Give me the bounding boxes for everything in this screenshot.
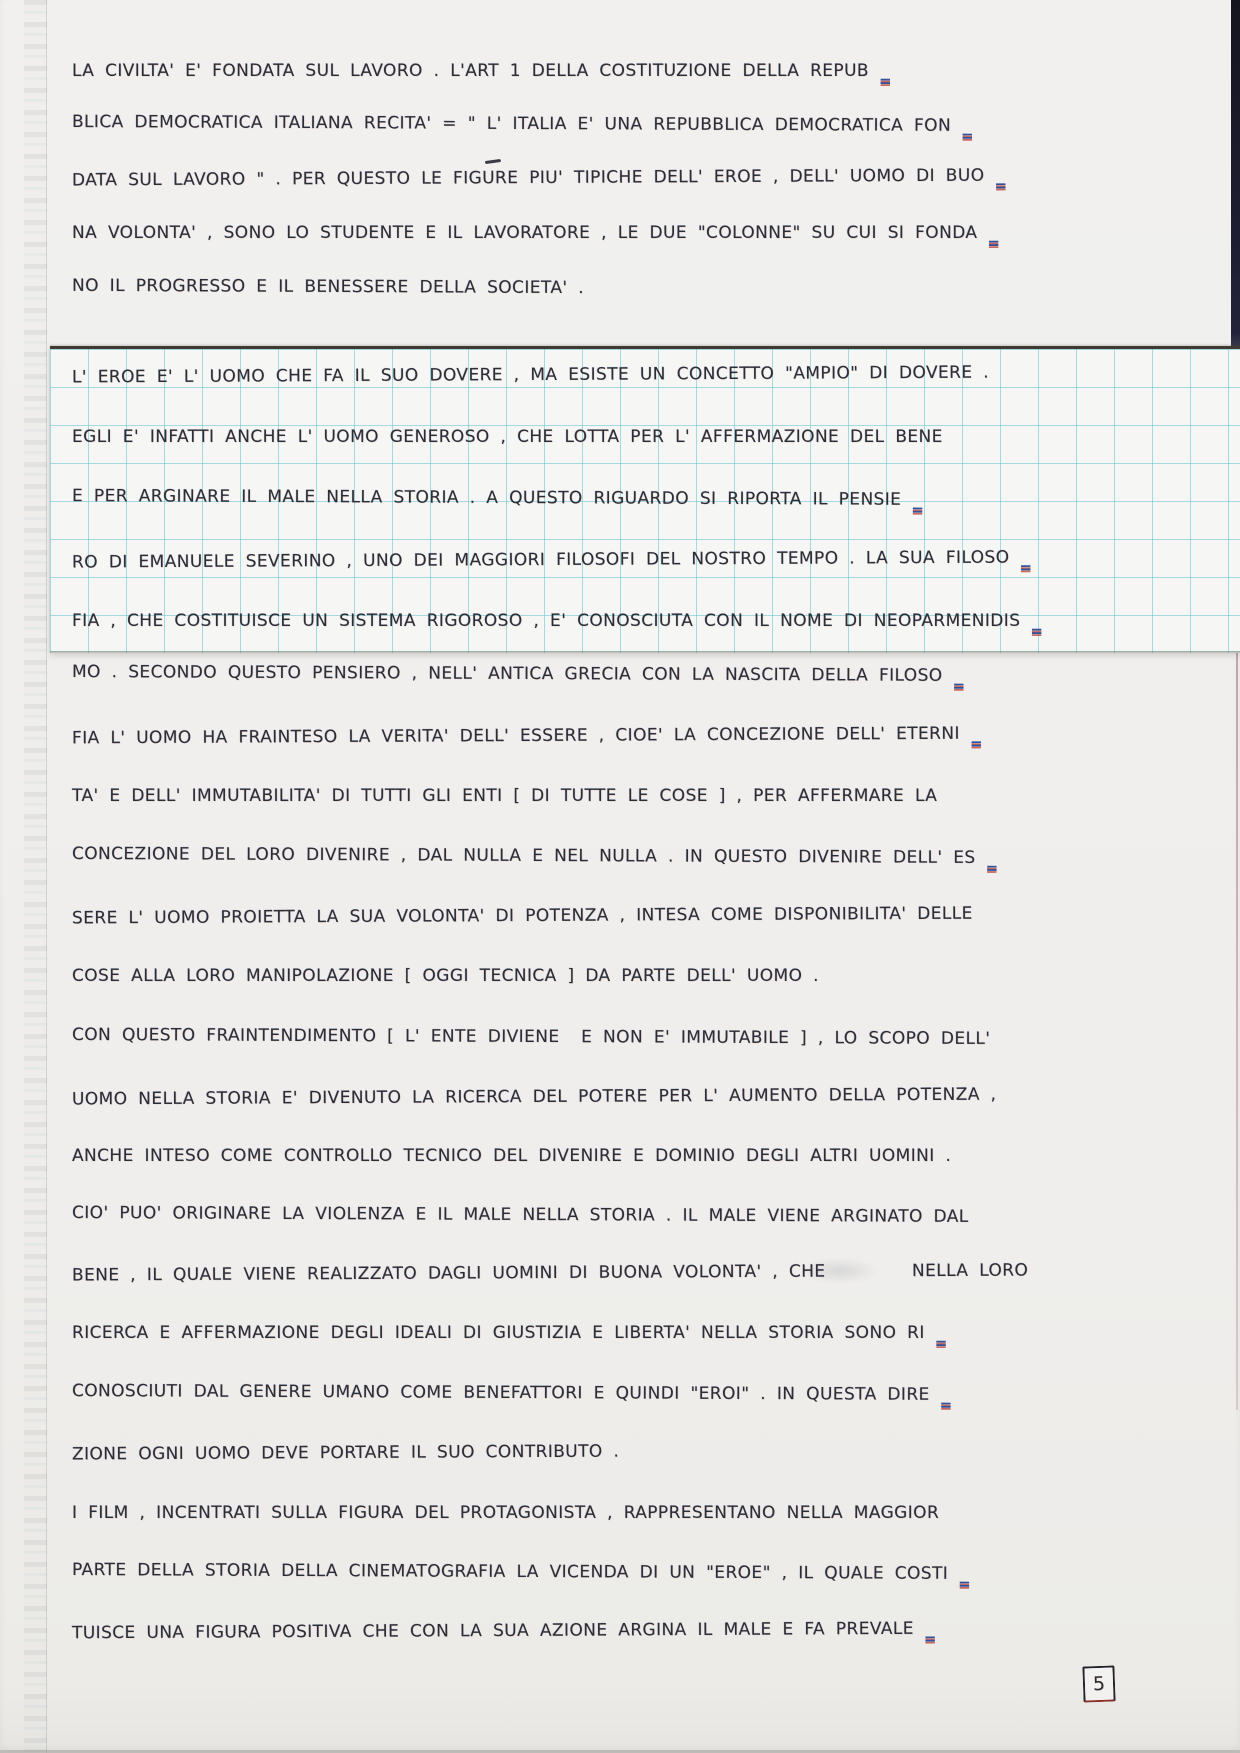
hyphen-continuation-mark: =: [961, 125, 974, 147]
hyphen-continuation-mark: =: [958, 1573, 971, 1595]
hyphen-continuation-mark: =: [952, 675, 965, 697]
hyphen-continuation-mark: =: [1019, 556, 1032, 578]
handwritten-line: CONCEZIONE DEL LORO DIVENIRE , DAL NULLA…: [72, 843, 998, 869]
handwritten-line: BENE , IL QUALE VIENE REALIZZATO DAGLI U…: [72, 1259, 1038, 1286]
hyphen-continuation-mark: =: [970, 733, 983, 755]
line-text: SERE L' UOMO PROIETTA LA SUA VOLONTA' DI…: [72, 904, 973, 929]
line-text: LA CIVILTA' E' FONDATA SUL LAVORO . L'AR…: [72, 61, 869, 81]
hyphen-continuation-mark: =: [935, 1332, 948, 1354]
handwritten-line: TA' E DELL' IMMUTABILITA' DI TUTTI GLI E…: [72, 785, 947, 807]
line-text: CONCEZIONE DEL LORO DIVENIRE , DAL NULLA…: [72, 844, 976, 868]
hyphen-continuation-mark: =: [986, 857, 999, 879]
handwritten-line: I FILM , INCENTRATI SULLA FIGURA DEL PRO…: [72, 1502, 949, 1524]
line-text: CONOSCIUTI DAL GENERE UMANO COME BENEFAT…: [72, 1381, 930, 1405]
hyphen-continuation-mark: =: [987, 232, 1000, 254]
page-number: 5: [1093, 1673, 1106, 1695]
line-text: CON QUESTO FRAINTENDIMENTO [ L' ENTE DIV…: [72, 1025, 990, 1049]
handwritten-line: UOMO NELLA STORIA E' DIVENUTO LA RICERCA…: [72, 1084, 1007, 1111]
handwritten-line: ANCHE INTESO COME CONTROLLO TECNICO DEL …: [72, 1145, 961, 1167]
handwritten-line: NO IL PROGRESSO E IL BENESSERE DELLA SOC…: [72, 275, 594, 299]
hyphen-continuation-mark: =: [994, 175, 1007, 197]
handwritten-line: FIA L' UOMO HA FRAINTESO LA VERITA' DELL…: [72, 723, 983, 750]
page-number-box: 5: [1082, 1665, 1115, 1702]
handwritten-line: BLICA DEMOCRATICA ITALIANA RECITA' = " L…: [72, 111, 974, 137]
line-text: RICERCA E AFFERMAZIONE DEGLI IDEALI DI G…: [72, 1323, 925, 1343]
hyphen-continuation-mark: =: [911, 499, 924, 521]
handwritten-line: NA VOLONTA' , SONO LO STUDENTE E IL LAVO…: [72, 222, 1000, 244]
line-text: MO . SECONDO QUESTO PENSIERO , NELL' ANT…: [72, 662, 943, 686]
handwritten-line: E PER ARGINARE IL MALE NELLA STORIA . A …: [72, 485, 924, 511]
line-text: DATA SUL LAVORO " . PER QUESTO LE FIGURE…: [72, 166, 985, 191]
hyphen-continuation-mark: =: [1030, 620, 1043, 642]
line-text: CIO' PUO' ORIGINARE LA VIOLENZA E IL MAL…: [72, 1203, 969, 1227]
hyphen-continuation-mark: =: [924, 1628, 937, 1650]
line-text: COSE ALLA LORO MANIPOLAZIONE [ OGGI TECN…: [72, 966, 819, 986]
handwritten-line: SERE L' UOMO PROIETTA LA SUA VOLONTA' DI…: [72, 903, 983, 930]
line-text: NO IL PROGRESSO E IL BENESSERE DELLA SOC…: [72, 276, 584, 298]
line-text: I FILM , INCENTRATI SULLA FIGURA DEL PRO…: [72, 1503, 939, 1523]
line-text: ANCHE INTESO COME CONTROLLO TECNICO DEL …: [72, 1146, 951, 1166]
line-text: L' EROE E' L' UOMO CHE FA IL SUO DOVERE …: [72, 363, 989, 388]
line-text: ZIONE OGNI UOMO DEVE PORTARE IL SUO CONT…: [72, 1442, 619, 1465]
ink-speck: [485, 159, 501, 164]
handwritten-line: EGLI E' INFATTI ANCHE L' UOMO GENEROSO ,…: [72, 426, 953, 448]
handwritten-line: CONOSCIUTI DAL GENERE UMANO COME BENEFAT…: [72, 1380, 952, 1406]
page-edge-left: [24, 0, 47, 1753]
handwritten-line: ZIONE OGNI UOMO DEVE PORTARE IL SUO CONT…: [72, 1441, 629, 1466]
line-text: FIA L' UOMO HA FRAINTESO LA VERITA' DELL…: [72, 724, 960, 749]
hyphen-continuation-mark: =: [940, 1394, 953, 1416]
line-text: TA' E DELL' IMMUTABILITA' DI TUTTI GLI E…: [72, 786, 937, 806]
handwritten-line: CIO' PUO' ORIGINARE LA VIOLENZA E IL MAL…: [72, 1202, 979, 1228]
line-text: TUISCE UNA FIGURA POSITIVA CHE CON LA SU…: [72, 1619, 914, 1643]
handwritten-line: LA CIVILTA' E' FONDATA SUL LAVORO . L'AR…: [72, 60, 892, 82]
handwritten-line: PARTE DELLA STORIA DELLA CINEMATOGRAFIA …: [72, 1559, 971, 1585]
line-text: E PER ARGINARE IL MALE NELLA STORIA . A …: [72, 486, 901, 510]
handwritten-line: FIA , CHE COSTITUISCE UN SISTEMA RIGOROS…: [72, 610, 1043, 632]
line-text: FIA , CHE COSTITUISCE UN SISTEMA RIGOROS…: [72, 611, 1020, 631]
scanned-page: LA CIVILTA' E' FONDATA SUL LAVORO . L'AR…: [0, 0, 1240, 1753]
handwritten-line: TUISCE UNA FIGURA POSITIVA CHE CON LA SU…: [72, 1618, 937, 1645]
handwritten-line: CON QUESTO FRAINTENDIMENTO [ L' ENTE DIV…: [72, 1024, 1000, 1050]
line-text: EGLI E' INFATTI ANCHE L' UOMO GENEROSO ,…: [72, 427, 943, 447]
line-text: PARTE DELLA STORIA DELLA CINEMATOGRAFIA …: [72, 1560, 948, 1584]
handwritten-line: MO . SECONDO QUESTO PENSIERO , NELL' ANT…: [72, 661, 965, 687]
line-text: BENE , IL QUALE VIENE REALIZZATO DAGLI U…: [72, 1261, 1028, 1286]
line-text: BLICA DEMOCRATICA ITALIANA RECITA' = " L…: [72, 112, 951, 136]
line-text: UOMO NELLA STORIA E' DIVENUTO LA RICERCA…: [72, 1085, 997, 1110]
hyphen-continuation-mark: =: [879, 70, 892, 92]
handwritten-line: RICERCA E AFFERMAZIONE DEGLI IDEALI DI G…: [72, 1322, 947, 1344]
line-text: RO DI EMANUELE SEVERINO , UNO DEI MAGGIO…: [72, 548, 1010, 573]
line-text: NA VOLONTA' , SONO LO STUDENTE E IL LAVO…: [72, 223, 977, 243]
handwritten-line: COSE ALLA LORO MANIPOLAZIONE [ OGGI TECN…: [72, 965, 829, 987]
handwritten-line: DATA SUL LAVORO " . PER QUESTO LE FIGURE…: [72, 165, 1007, 192]
